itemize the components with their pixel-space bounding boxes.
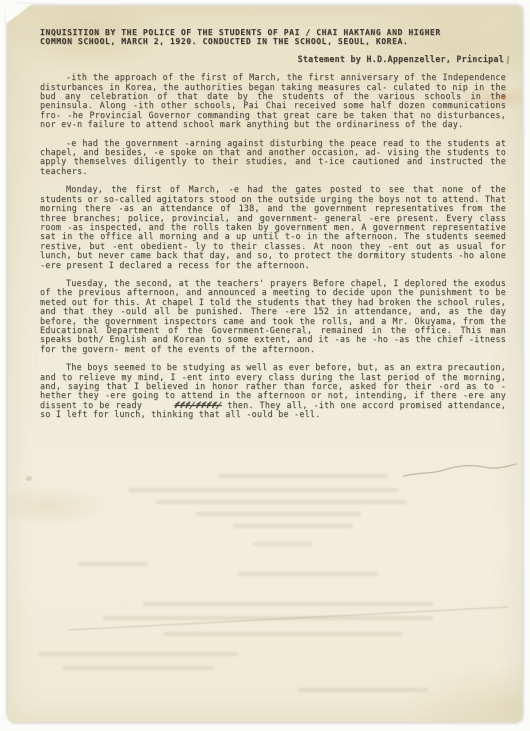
struck-out-typed-text: fff/ffff/ (147, 401, 223, 410)
pencil-scribble (400, 458, 520, 484)
bleed-through-smudge (163, 632, 403, 636)
statement-byline-text: Statement by H.D.Appenzeller, Principal (298, 54, 504, 64)
statement-byline: Statement by H.D.Appenzeller, Principal (40, 55, 504, 64)
torn-corner (6, 4, 32, 24)
bleed-through-smudge (38, 652, 238, 656)
bleed-through-smudge (103, 616, 433, 620)
document-page: INQUISITION BY THE POLICE OF THE STUDENT… (8, 6, 522, 722)
paragraph-5: The boys seemed to be studying as well a… (40, 363, 506, 419)
bleed-through-smudge (233, 524, 353, 528)
bleed-through-smudge (196, 512, 361, 516)
bleed-through-smudge (253, 542, 313, 546)
bleed-through-smudge (298, 688, 428, 692)
document-title: INQUISITION BY THE POLICE OF THE STUDENT… (40, 28, 506, 47)
paragraph-3: Monday, the first of March, -e had the g… (40, 185, 506, 270)
bleed-through-smudge (78, 562, 148, 566)
paragraph-4: Tuesday, the second, at the teachers' pr… (40, 279, 506, 354)
document-title-line1: INQUISITION BY THE POLICE OF THE STUDENT… (40, 28, 506, 37)
paragraph-1: -ith the approach of the first of March,… (40, 73, 506, 129)
bleed-through-smudge (156, 500, 406, 504)
bleed-through-smudge (143, 602, 433, 606)
bleed-through-smudge (63, 666, 213, 670)
stain-speck (26, 476, 32, 481)
bleed-through-smudge (128, 488, 398, 492)
bleed-through-smudge (238, 572, 378, 576)
document-title-line2: COMMON SCHOOL, MARCH 2, 1920. CONDUCTED … (40, 37, 506, 46)
typed-content: INQUISITION BY THE POLICE OF THE STUDENT… (40, 28, 506, 420)
paragraph-2: -e had the government -arning against di… (40, 139, 506, 177)
pencil-tick-mark (506, 56, 508, 64)
bleed-through-smudge (218, 474, 388, 478)
paper-crease (68, 606, 507, 630)
